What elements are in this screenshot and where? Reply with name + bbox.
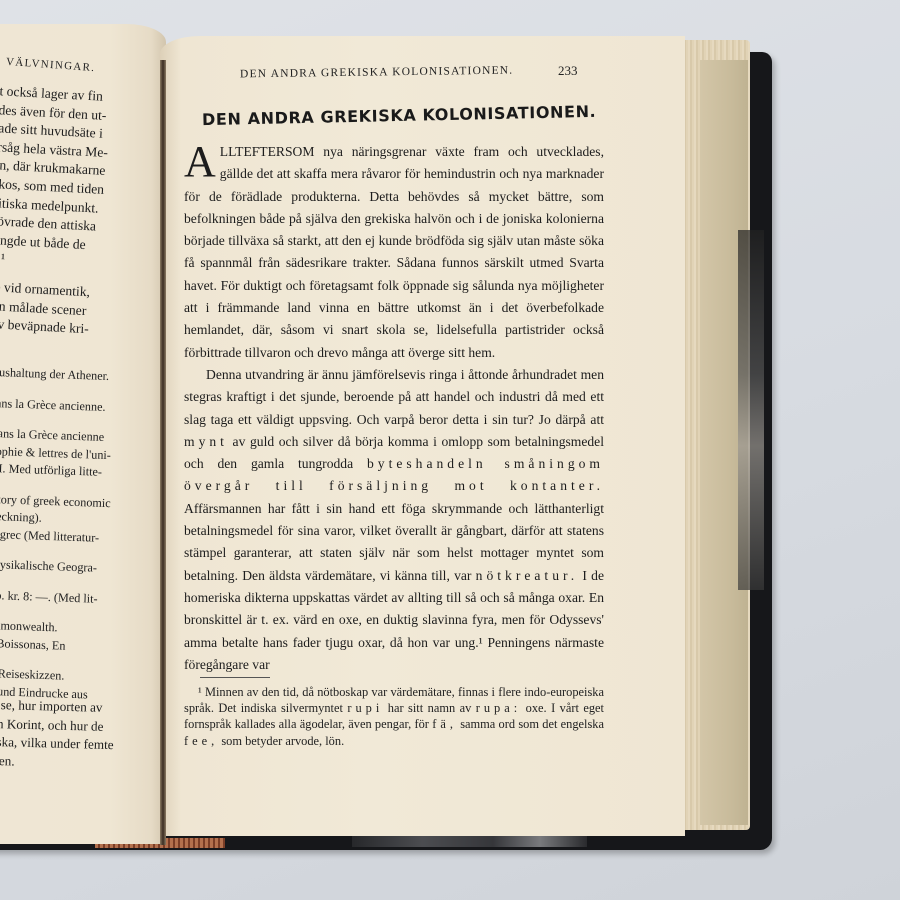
- paragraph-1: ALLTEFTERSOM nya näringsgrenar växte fra…: [184, 141, 604, 364]
- worn-cover-spine: [738, 230, 764, 590]
- footnote: ¹ Minnen av den tid, då nötboskap var vä…: [184, 684, 604, 749]
- right-running-head: DEN ANDRA GREKISKA KOLONISATIONEN.: [240, 64, 585, 81]
- paragraph-text: nya näringsgrenar växte fram och utveckl…: [184, 144, 604, 360]
- book-gutter: [160, 60, 166, 845]
- emphasis-spaced: rupi: [347, 701, 383, 715]
- footnote-text: som betyder arvode, lön.: [218, 734, 344, 748]
- emphasis-spaced: fä,: [432, 717, 457, 731]
- emphasis-spaced: nötkreatur.: [476, 568, 579, 583]
- footnote-text: har sitt namn av: [383, 701, 475, 715]
- book-photo: VÄLVNINGAR. et också lager av fin ades ä…: [0, 0, 900, 900]
- paragraph-text: I de homeriska dikterna uppskattas värde…: [184, 568, 604, 672]
- paragraph-2: Denna utvandring är ännu jämförelsevis r…: [184, 364, 604, 676]
- left-running-head: VÄLVNINGAR.: [6, 56, 96, 74]
- chapter-title: DEN ANDRA GREKISKA KOLONISATIONEN.: [202, 102, 597, 129]
- emphasis-spaced: rupa:: [476, 701, 521, 715]
- small-caps-lead: LLTEFTERSOM: [220, 144, 315, 159]
- left-body-text: et också lager av fin ades även för den …: [0, 82, 154, 342]
- drop-cap: A: [184, 143, 216, 181]
- emphasis-spaced: fee,: [184, 734, 218, 748]
- page-number: 233: [558, 63, 578, 79]
- footnote-text: samma ord som det engelska: [457, 717, 604, 731]
- chapter-body: ALLTEFTERSOM nya näringsgrenar växte fra…: [184, 141, 604, 676]
- left-bottom-text: t se, hur importen av in Korint, och hur…: [0, 696, 154, 775]
- text-line: den.: [0, 752, 152, 775]
- right-page: DEN ANDRA GREKISKA KOLONISATIONEN. 233 D…: [160, 36, 685, 836]
- footnote-divider: [200, 677, 270, 678]
- text-line: iska, vilka under femte: [0, 733, 153, 756]
- left-page: VÄLVNINGAR. et också lager av fin ades ä…: [0, 24, 166, 844]
- emphasis-spaced: mynt: [184, 434, 228, 449]
- paragraph-text: Denna utvandring är ännu jämförelsevis r…: [184, 367, 604, 427]
- left-bibliography: aushaltung der Athener. lans la Grèce an…: [0, 364, 154, 705]
